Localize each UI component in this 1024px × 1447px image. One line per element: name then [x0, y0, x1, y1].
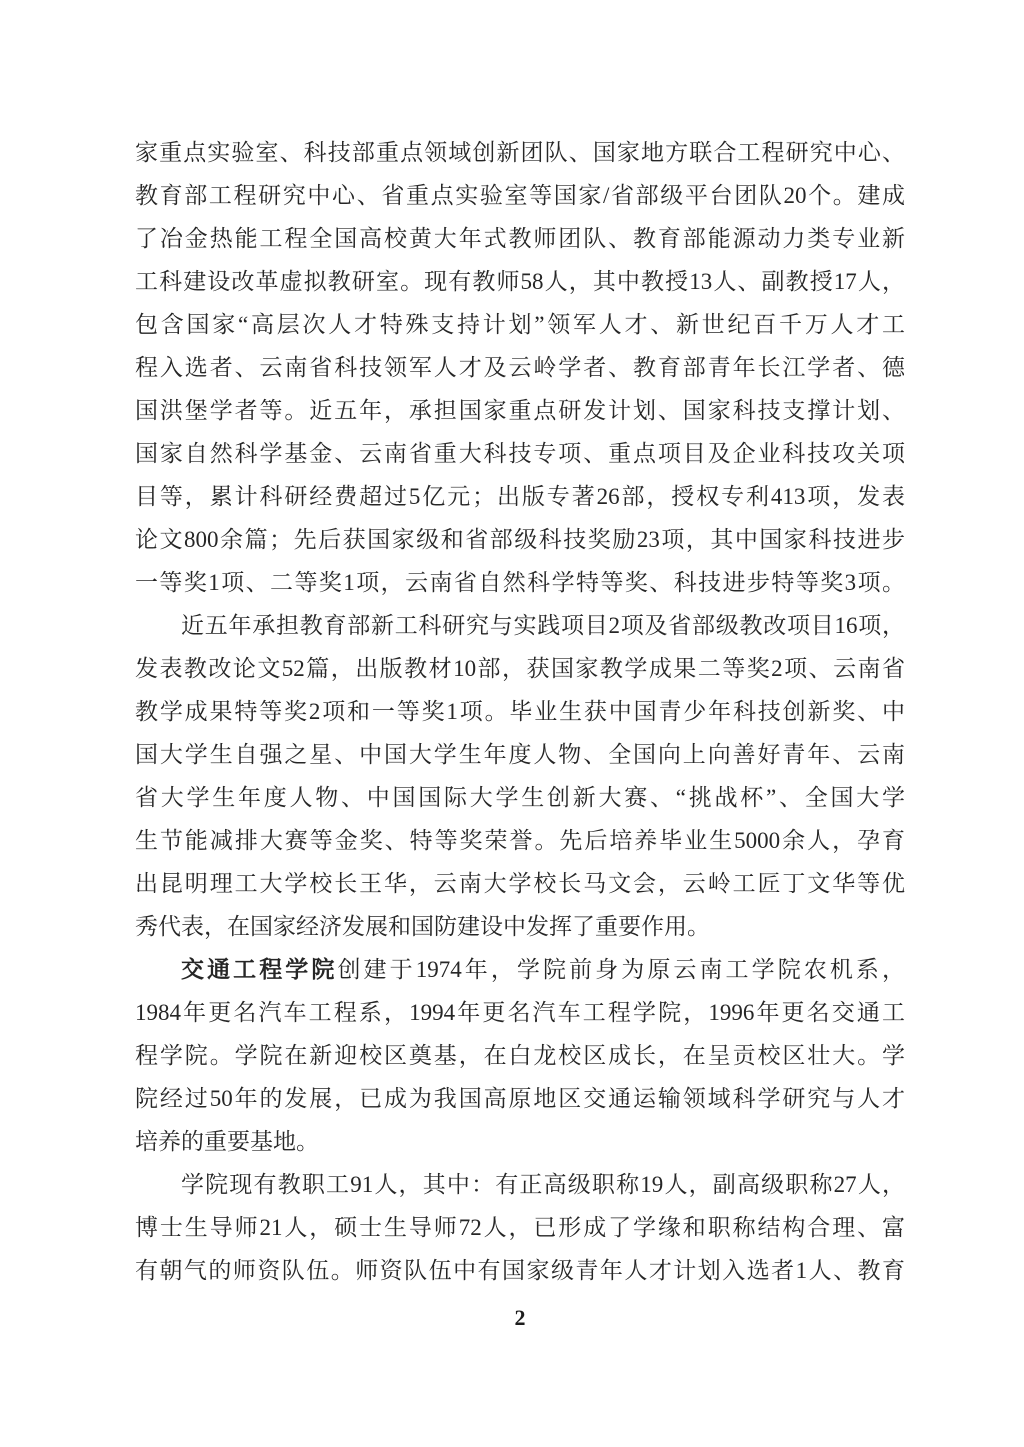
page-number: 2 — [135, 1305, 905, 1331]
text-line: 包含国家“高层次人才特殊支持计划”领军人才、新世纪百千万人才工 — [135, 303, 905, 346]
text-line: 创建于1974年，学院前身为原云南工学院农机系， — [337, 957, 905, 982]
text-line-paragraph-start: 学院现有教职工91人，其中：有正高级职称19人，副高级职称27人， — [135, 1163, 905, 1206]
text-line-paragraph-end: 培养的重要基地。 — [135, 1120, 905, 1163]
text-line: 程学院。学院在新迎校区奠基，在白龙校区成长，在呈贡校区壮大。学 — [135, 1034, 905, 1077]
text-line: 程入选者、云南省科技领军人才及云岭学者、教育部青年长江学者、德 — [135, 346, 905, 389]
text-line: 教育部工程研究中心、省重点实验室等国家/省部级平台团队20个。建成 — [135, 174, 905, 217]
text-line: 家重点实验室、科技部重点领域创新团队、国家地方联合工程研究中心、 — [135, 131, 905, 174]
text-line: 1984年更名汽车工程系，1994年更名汽车工程学院，1996年更名交通工 — [135, 991, 905, 1034]
text-line: 教学成果特等奖2项和一等奖1项。毕业生获中国青少年科技创新奖、中 — [135, 690, 905, 733]
text-line: 有朝气的师资队伍。师资队伍中有国家级青年人才计划入选者1人、教育 — [135, 1249, 905, 1292]
text-line: 发表教改论文52篇，出版教材10部，获国家教学成果二等奖2项、云南省 — [135, 647, 905, 690]
text-line-paragraph-start: 近五年承担教育部新工科研究与实践项目2项及省部级教改项目16项， — [135, 604, 905, 647]
text-line: 国大学生自强之星、中国大学生年度人物、全国向上向善好青年、云南 — [135, 733, 905, 776]
text-line: 博士生导师21人，硕士生导师72人，已形成了学缘和职称结构合理、富 — [135, 1206, 905, 1249]
text-line: 生节能减排大赛等金奖、特等奖荣誉。先后培养毕业生5000余人，孕育 — [135, 819, 905, 862]
text-line: 院经过50年的发展，已成为我国高原地区交通运输领域科学研究与人才 — [135, 1077, 905, 1120]
text-line-paragraph-start: 交通工程学院创建于1974年，学院前身为原云南工学院农机系， — [135, 948, 905, 991]
text-line: 省大学生年度人物、中国国际大学生创新大赛、“挑战杯”、全国大学 — [135, 776, 905, 819]
text-line: 论文800余篇；先后获国家级和省部级科技奖励23项，其中国家科技进步 — [135, 518, 905, 561]
document-body: 家重点实验室、科技部重点领域创新团队、国家地方联合工程研究中心、 教育部工程研究… — [135, 131, 905, 1292]
text-line: 目等，累计科研经费超过5亿元；出版专著26部，授权专利413项，发表 — [135, 475, 905, 518]
text-line: 国家自然科学基金、云南省重大科技专项、重点项目及企业科技攻关项 — [135, 432, 905, 475]
text-line: 国洪堡学者等。近五年，承担国家重点研发计划、国家科技支撑计划、 — [135, 389, 905, 432]
section-lead-bold: 交通工程学院 — [181, 957, 337, 982]
text-line: 出昆明理工大学校长王华，云南大学校长马文会，云岭工匠丁文华等优 — [135, 862, 905, 905]
text-line: 了冶金热能工程全国高校黄大年式教师团队、教育部能源动力类专业新 — [135, 217, 905, 260]
text-line: 一等奖1项、二等奖1项，云南省自然科学特等奖、科技进步特等奖3项。 — [135, 561, 905, 604]
text-line-paragraph-end: 秀代表，在国家经济发展和国防建设中发挥了重要作用。 — [135, 905, 905, 948]
text-line: 工科建设改革虚拟教研室。现有教师58人，其中教授13人、副教授17人， — [135, 260, 905, 303]
